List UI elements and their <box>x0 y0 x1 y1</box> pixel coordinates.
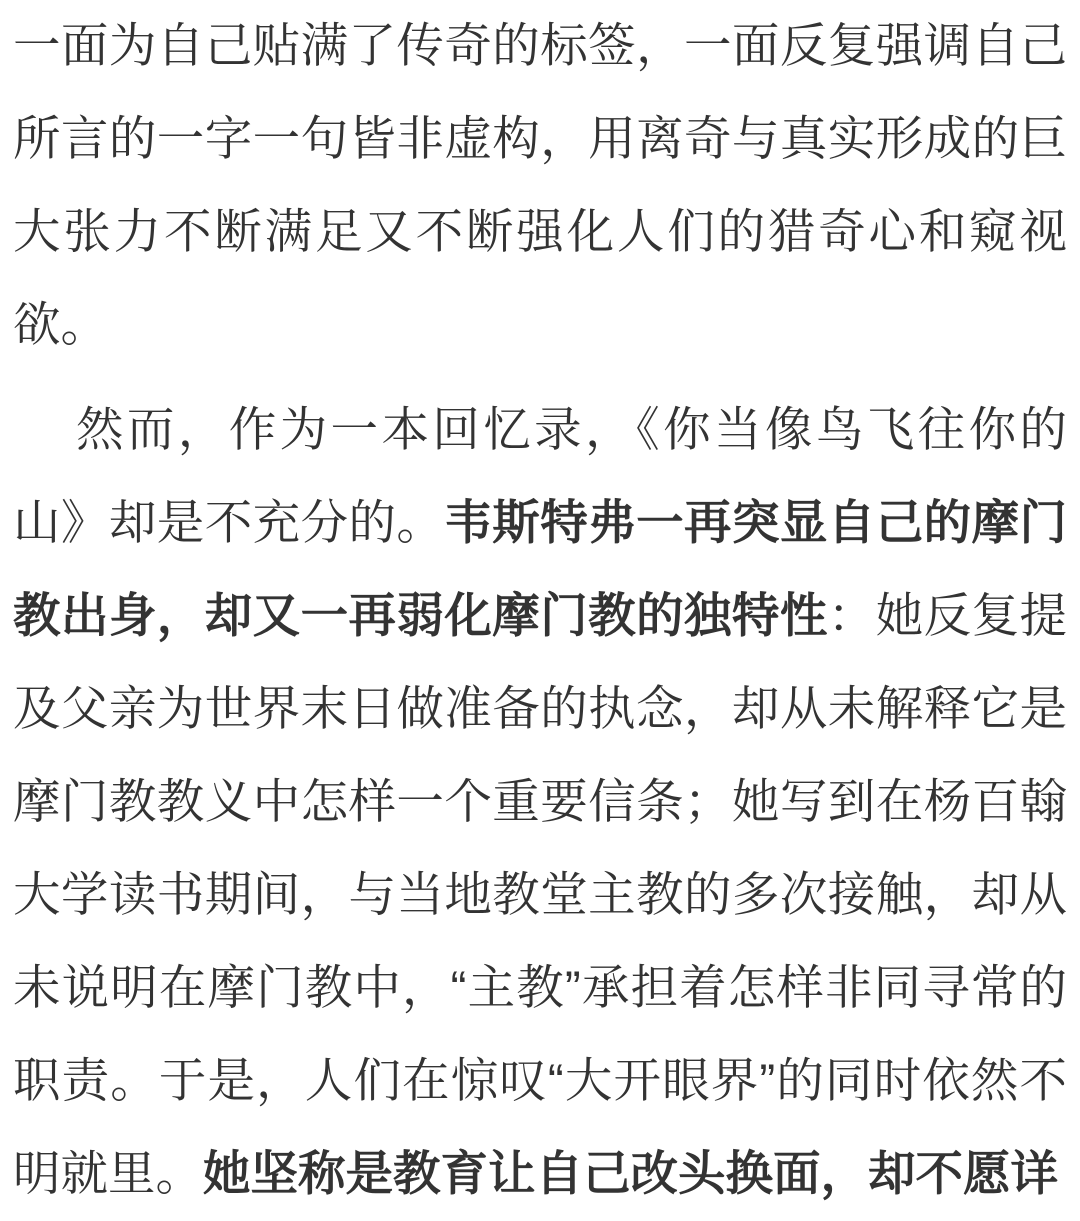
page: { "page": { "background_color": "#ffffff… <box>0 0 1080 1221</box>
emphasis-text-run: 她坚称是教育让自己改头换面，却不愿详 <box>203 1148 1058 1201</box>
article-body: 一面为自己贴满了传奇的标签，一面反复强调自己所言的一字一句皆非虚构，用离奇与真实… <box>0 0 1080 1221</box>
paragraph: 一面为自己贴满了传奇的标签，一面反复强调自己所言的一字一句皆非虚构，用离奇与真实… <box>13 0 1067 372</box>
paragraph: 然而，作为一本回忆录，《你当像鸟飞往你的山》却是不充分的。韦斯特弗一再突显自己的… <box>13 384 1067 1221</box>
text-run: ：她反复提及父亲为世界末日做准备的执念，却从未解释它是摩门教教义中怎样一个重要信… <box>13 590 1067 1201</box>
text-run: 一面为自己贴满了传奇的标签，一面反复强调自己所言的一字一句皆非虚构，用离奇与真实… <box>13 20 1067 352</box>
